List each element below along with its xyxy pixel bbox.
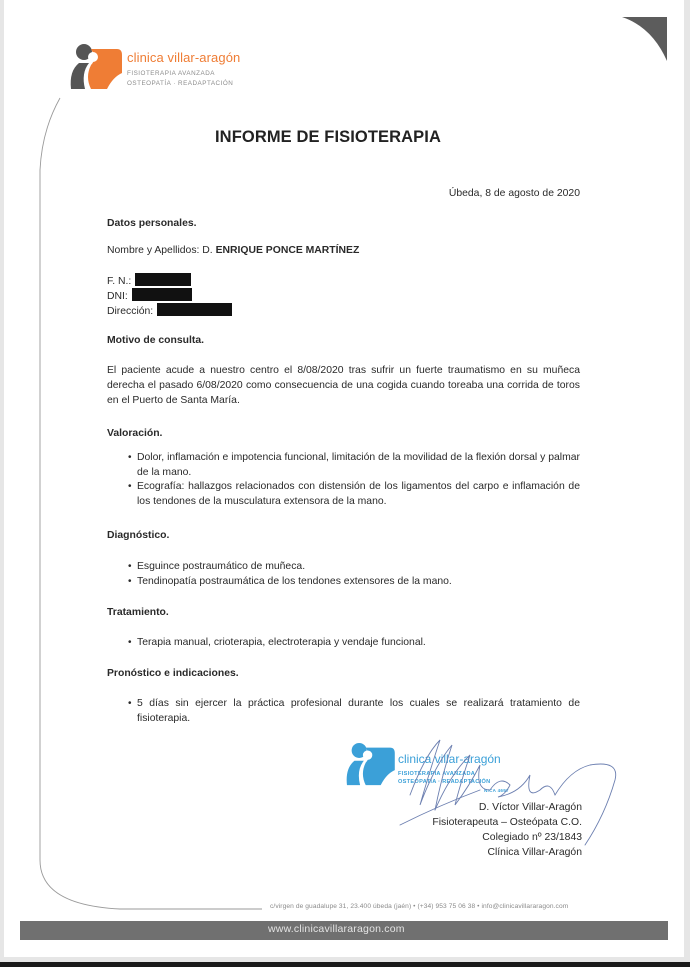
list-item: Terapia manual, crioterapia, electrotera… bbox=[107, 636, 580, 651]
patient-name-label: Nombre y Apellidos: D. bbox=[107, 245, 216, 256]
section-heading-personal: Datos personales. bbox=[107, 218, 197, 229]
clinic-subtitle-2: OSTEOPATÍA · READAPTACIÓN bbox=[127, 80, 233, 87]
redacted-dni bbox=[132, 288, 192, 301]
signer-clinic: Clínica Villar-Aragón bbox=[487, 847, 582, 858]
patient-name: ENRIQUE PONCE MARTÍNEZ bbox=[216, 245, 360, 256]
footer-address: c/virgen de guadalupe 31, 23.400 úbeda (… bbox=[270, 903, 568, 910]
section-heading-pronostico: Pronóstico e indicaciones. bbox=[107, 668, 239, 679]
section-heading-diagnostico: Diagnóstico. bbox=[107, 530, 169, 541]
dni-line: DNI: bbox=[107, 288, 192, 302]
document-title: INFORME DE FISIOTERAPIA bbox=[215, 128, 441, 147]
list-item: Dolor, inflamación e impotencia funciona… bbox=[107, 451, 580, 480]
footer-website-link[interactable]: www.clinicavillararagon.com bbox=[268, 923, 405, 935]
motivo-text: El paciente acude a nuestro centro el 8/… bbox=[107, 363, 580, 408]
list-item: Esguince postraumático de muñeca. bbox=[107, 560, 580, 575]
birthdate-line: F. N.: bbox=[107, 273, 191, 287]
signer-name: D. Víctor Villar-Aragón bbox=[479, 802, 582, 813]
dni-label: DNI: bbox=[107, 291, 128, 302]
redacted-birthdate bbox=[135, 273, 191, 286]
signer-registration: Colegiado nº 23/1843 bbox=[482, 832, 582, 843]
corner-decoration bbox=[622, 17, 667, 62]
clinic-subtitle-1: FISIOTERAPIA AVANZADA bbox=[127, 70, 215, 77]
section-heading-motivo: Motivo de consulta. bbox=[107, 335, 204, 346]
signer-role: Fisioterapeuta – Osteópata C.O. bbox=[432, 817, 582, 828]
list-item: 5 días sin ejercer la práctica profesion… bbox=[107, 697, 580, 726]
list-item: Ecografía: hallazgos relacionados con di… bbox=[107, 480, 580, 509]
clinic-name: clinica villar-aragón bbox=[127, 50, 240, 65]
handwritten-signature bbox=[380, 735, 640, 865]
valoracion-list: Dolor, inflamación e impotencia funciona… bbox=[107, 451, 580, 509]
address-label: Dirección: bbox=[107, 306, 153, 317]
diagnostico-list: Esguince postraumático de muñeca. Tendin… bbox=[107, 560, 580, 589]
section-heading-valoracion: Valoración. bbox=[107, 428, 162, 439]
address-line: Dirección: bbox=[107, 303, 232, 317]
place-date: Úbeda, 8 de agosto de 2020 bbox=[449, 188, 580, 199]
viewer-bottom-edge bbox=[0, 962, 690, 967]
birthdate-label: F. N.: bbox=[107, 276, 131, 287]
tratamiento-list: Terapia manual, crioterapia, electrotera… bbox=[107, 636, 580, 651]
redacted-address bbox=[157, 303, 232, 316]
pronostico-list: 5 días sin ejercer la práctica profesion… bbox=[107, 697, 580, 726]
clinic-logo-icon bbox=[67, 43, 122, 91]
list-item: Tendinopatía postraumática de los tendon… bbox=[107, 575, 580, 590]
patient-name-line: Nombre y Apellidos: D. ENRIQUE PONCE MAR… bbox=[107, 245, 359, 256]
section-heading-tratamiento: Tratamiento. bbox=[107, 607, 169, 618]
